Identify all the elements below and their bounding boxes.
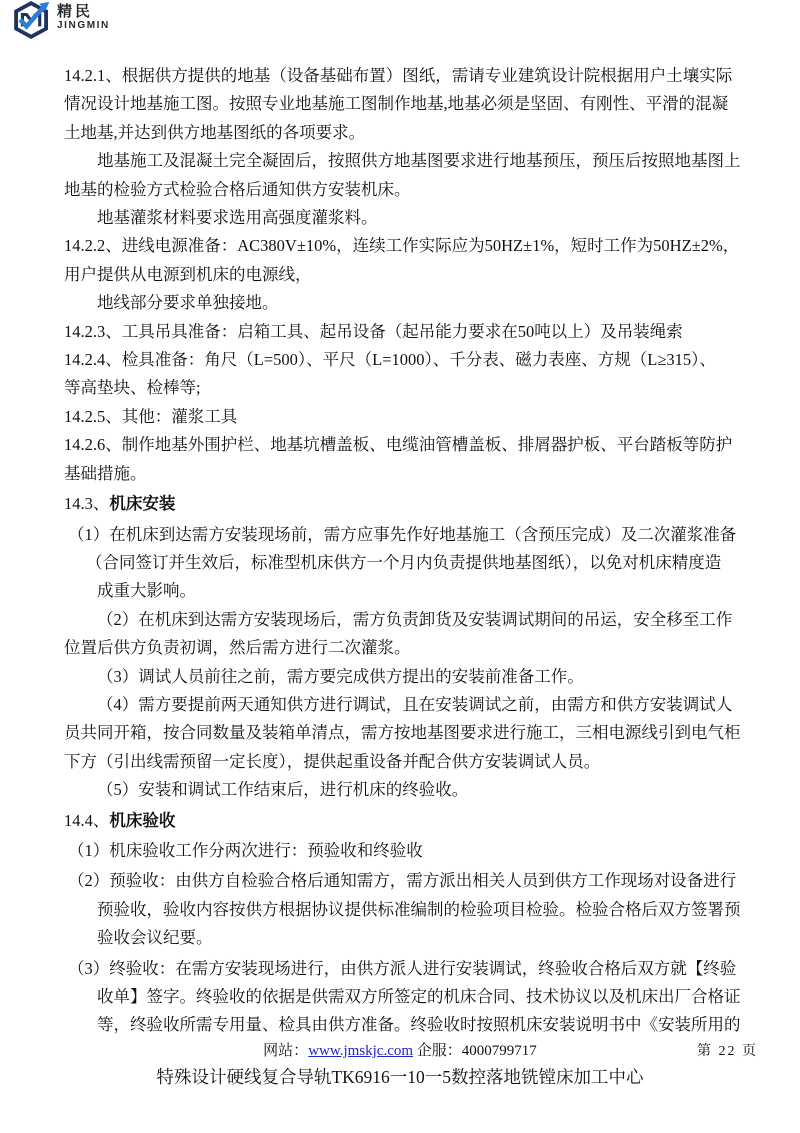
- text-line: 等高垫块、检棒等;: [64, 374, 756, 402]
- text-line: 14.2.5、其他：灌浆工具: [64, 403, 756, 431]
- text-line: （4）需方要提前两天通知供方进行调试，且在安装调试之前，由需方和供方安装调试人: [64, 691, 756, 719]
- text-line: 14.2.2、进线电源准备：AC380V±10%，连续工作实际应为50HZ±1%…: [64, 232, 756, 260]
- section-heading: 14.4、机床验收: [64, 807, 756, 835]
- text-line: 情况设计地基施工图。按照专业地基施工图制作地基,地基必须是坚固、有刚性、平滑的混…: [64, 90, 756, 118]
- text-line: 预验收，验收内容按供方根据协议提供标准编制的检验项目检验。检验合格后双方签署预: [64, 896, 756, 924]
- text-line: 14.2.3、工具吊具准备：启箱工具、起吊设备（起吊能力要求在50吨以上）及吊装…: [64, 318, 756, 346]
- page-footer: 网站：www.jmskjc.com 企服：4000799717 第 22 页 特…: [0, 1040, 800, 1090]
- website-link[interactable]: www.jmskjc.com: [308, 1043, 413, 1059]
- text-line: 地基灌浆材料要求选用高强度灌浆料。: [64, 204, 756, 232]
- text-line: 14.2.6、制作地基外围护栏、地基坑槽盖板、电缆油管槽盖板、排屑器护板、平台踏…: [64, 431, 756, 459]
- logo-chinese-name: 精民: [57, 4, 110, 20]
- text-line: 地基的检验方式检验合格后通知供方安装机床。: [64, 176, 756, 204]
- text-line: （2）在机床到达需方安装现场后，需方负责卸货及安装调试期间的吊运，安全移至工作: [64, 606, 756, 634]
- section-title: 机床安装: [109, 494, 175, 513]
- footer-contact-line: 网站：www.jmskjc.com 企服：4000799717 第 22 页: [0, 1040, 800, 1062]
- text-line: 等，终验收所需专用量、检具由供方准备。终验收时按照机床安装说明书中《安装所用的: [64, 1011, 756, 1039]
- footer-document-title: 特殊设计硬线复合导轨TK6916一10一5数控落地铣镗床加工中心: [0, 1064, 800, 1090]
- service-phone: 企服：4000799717: [413, 1043, 537, 1059]
- text-line: 验收会议纪要。: [64, 924, 756, 952]
- logo-english-name: JINGMIN: [57, 20, 110, 32]
- text-line: 14.2.1、根据供方提供的地基（设备基础布置）图纸，需请专业建筑设计院根据用户…: [64, 62, 756, 90]
- text-line: （3）调试人员前往之前，需方要完成供方提出的安装前准备工作。: [64, 663, 756, 691]
- document-body: 14.2.1、根据供方提供的地基（设备基础布置）图纸，需请专业建筑设计院根据用户…: [64, 62, 756, 1040]
- text-line: 土地基,并达到供方地基图纸的各项要求。: [64, 119, 756, 147]
- text-line: 用户提供从电源到机床的电源线，: [64, 261, 756, 289]
- text-line: 14.2.4、检具准备：角尺（L=500）、平尺（L=1000）、千分表、磁力表…: [64, 346, 756, 374]
- text-line: 地基施工及混凝土完全凝固后，按照供方地基图要求进行地基预压，预压后按照地基图上: [64, 147, 756, 175]
- text-line: 员共同开箱，按合同数量及装箱单清点，需方按地基图要求进行施工，三相电源线引到电气…: [64, 719, 756, 747]
- logo-text: 精民 JINGMIN: [57, 1, 110, 32]
- section-number: 14.4、: [64, 811, 109, 830]
- text-line: （3）终验收：在需方安装现场进行，由供方派人进行安装调试，终验收合格后双方就【终…: [64, 955, 756, 983]
- text-line: 地线部分要求单独接地。: [64, 289, 756, 317]
- text-line: 下方（引出线需预留一定长度），提供起重设备并配合供方安装调试人员。: [64, 748, 756, 776]
- text-line: （2）预验收：由供方自检验合格后通知需方，需方派出相关人员到供方工作现场对设备进…: [64, 867, 756, 895]
- text-line: 位置后供方负责初调，然后需方进行二次灌浆。: [64, 634, 756, 662]
- section-number: 14.3、: [64, 494, 109, 513]
- logo: 精民 JINGMIN: [12, 1, 110, 39]
- text-line: 收单】签字。终验收的依据是供需双方所签定的机床合同、技术协议以及机床出厂合格证: [64, 983, 756, 1011]
- text-line: （合同签订并生效后，标准型机床供方一个月内负责提供地基图纸），以免对机床精度造: [64, 549, 756, 577]
- section-heading: 14.3、机床安装: [64, 490, 756, 518]
- text-line: （1）在机床到达需方安装现场前，需方应事先作好地基施工（含预压完成）及二次灌浆准…: [64, 521, 756, 549]
- page-number: 第 22 页: [697, 1041, 758, 1063]
- text-line: 成重大影响。: [64, 577, 756, 605]
- text-line: （5）安装和调试工作结束后，进行机床的终验收。: [64, 776, 756, 804]
- section-title: 机床验收: [109, 811, 175, 830]
- logo-hexagon-m-icon: [12, 1, 52, 39]
- text-line: 基础措施。: [64, 460, 756, 488]
- website-label: 网站：: [263, 1043, 308, 1059]
- text-line: （1）机床验收工作分两次进行：预验收和终验收: [64, 837, 756, 865]
